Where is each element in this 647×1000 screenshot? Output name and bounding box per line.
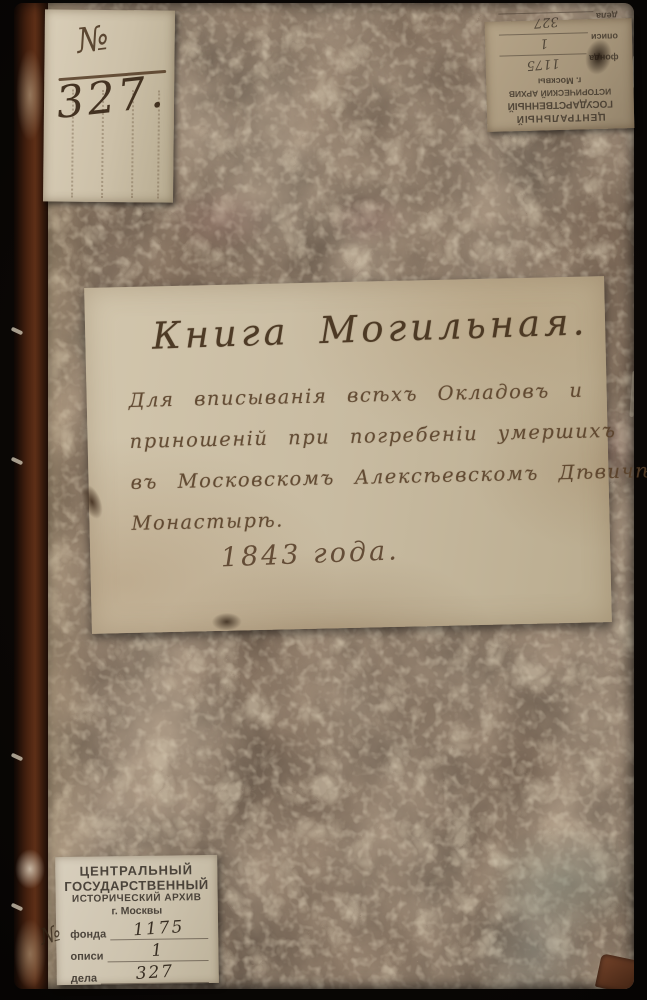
worn-corner (595, 953, 634, 989)
stamp-row-fond: фонда 1175 (70, 920, 208, 941)
stamp-row-delo: дела 327 (498, 10, 617, 32)
stamp-row-line: 327 (498, 11, 593, 32)
title-label: Книга Могильная. Для вписыванія всѣхъ Ок… (84, 276, 612, 634)
archive-stamp-upside-down: ЦЕНТРАЛЬНЫЙ ГОСУДАРСТВЕННЫЙ ИСТОРИЧЕСКИЙ… (485, 18, 635, 132)
stamp-row-label: дела (596, 10, 618, 21)
spine-wear-patch (16, 49, 44, 141)
stamp-org-line: г. Москвы (56, 904, 218, 919)
stamp-row-opis: описи 1 (70, 942, 208, 963)
stamp-row-line: 1175 (110, 920, 208, 940)
subtitle-line-3: въ Московскомъ Алексѣевскомъ Дѣвичѣ (130, 460, 594, 494)
stamp-org-line: ИСТОРИЧЕСКИЙ АРХИВ (56, 892, 218, 906)
stamp-row-label: фонда (70, 928, 106, 941)
numero-mark: № (74, 18, 111, 62)
book-title: Книга Могильная. (145, 300, 596, 358)
year-line: 1843 года. (90, 530, 531, 579)
archive-stamp: ЦЕНТРАЛЬНЫЙ ГОСУДАРСТВЕННЫЙ ИСТОРИЧЕСКИЙ… (55, 855, 219, 985)
spine-number-label: № 327. (43, 9, 175, 202)
stamp-row-value: 1175 (133, 921, 185, 937)
stamp-row-value: 1 (151, 944, 165, 958)
stamp-row-line: 327 (101, 964, 209, 985)
stamp-row-value: 327 (533, 15, 559, 28)
spine-wear-patch (15, 849, 45, 889)
stamp-row-line: 1 (107, 942, 208, 962)
stamp-row-value: 327 (135, 965, 174, 981)
archival-book-photo: № 327. ЦЕНТРАЛЬНЫЙ ГОСУДАРСТВЕННЫЙ ИСТОР… (0, 0, 647, 1000)
subtitle-line-1: Для вписыванія всѣхъ Окладовъ и (128, 378, 592, 412)
stamp-row-label: дела (71, 973, 97, 985)
stamp-row-label: описи (70, 950, 103, 962)
stamp-text-flipped: ЦЕНТРАЛЬНЫЙ ГОСУДАРСТВЕННЫЙ ИСТОРИЧЕСКИЙ… (491, 22, 629, 127)
stamp-row-line: 1 (499, 32, 588, 53)
ink-blot (212, 612, 242, 631)
catalog-number: 327. (54, 66, 169, 129)
subtitle-line-2: приношеній при погребеніи умершихъ (129, 419, 593, 453)
stamp-row-value: 1 (539, 37, 548, 49)
stamp-row-line: 1175 (499, 53, 586, 74)
stamp-row-delo: дела 327 (71, 964, 209, 985)
stamp-row-value: 1175 (526, 57, 560, 71)
